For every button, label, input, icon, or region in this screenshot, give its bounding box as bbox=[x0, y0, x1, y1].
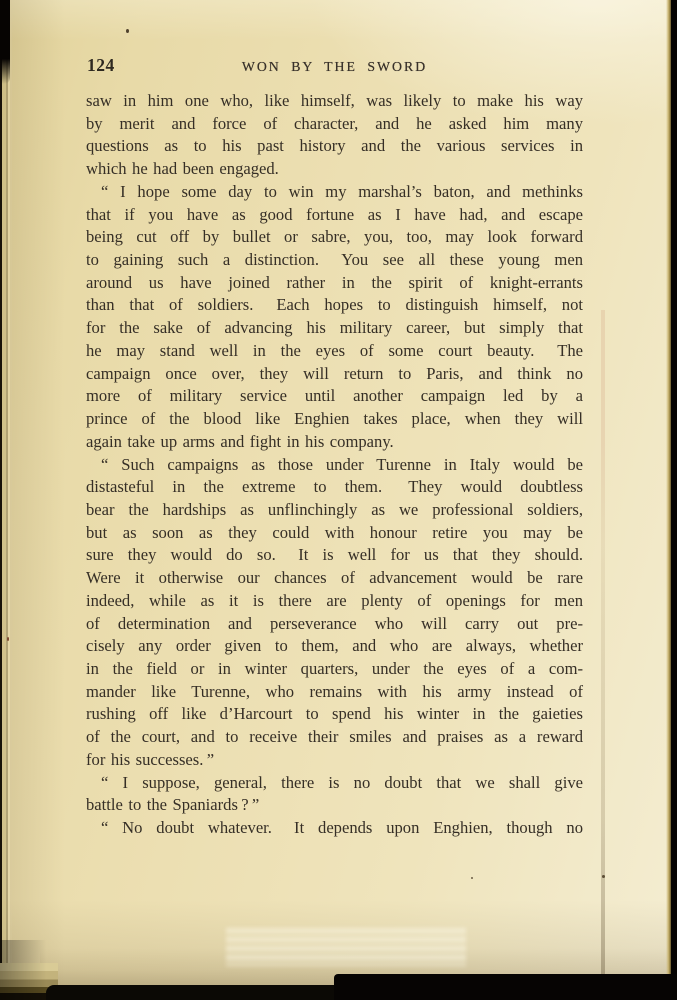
text-line: cisely any order given to them, and who … bbox=[86, 635, 583, 658]
text-line: “ I hope some day to win my marshal’s ba… bbox=[86, 181, 583, 204]
text-line: than that of soldiers. Each hopes to dis… bbox=[86, 294, 583, 317]
text-line: being cut off by bullet or sabre, you, t… bbox=[86, 226, 583, 249]
text-line: for the sake of advancing his military c… bbox=[86, 317, 583, 340]
text-line: prince of the blood like Enghien takes p… bbox=[86, 408, 583, 431]
paper-speck bbox=[471, 877, 473, 879]
text-line: indeed, while as it is there are plenty … bbox=[86, 590, 583, 613]
text-line: saw in him one who, like himself, was li… bbox=[86, 90, 583, 113]
text-line: “ I suppose, general, there is no doubt … bbox=[86, 772, 583, 795]
text-line: to gaining such a distinction. You see a… bbox=[86, 249, 583, 272]
text-line: campaign once over, they will return to … bbox=[86, 363, 583, 386]
book-edge-left bbox=[0, 0, 12, 997]
text-line: but as soon as they could with honour re… bbox=[86, 522, 583, 545]
scan-light-patch bbox=[226, 928, 466, 966]
text-line: again take up arms and fight in his comp… bbox=[86, 431, 583, 454]
text-line: distasteful in the extreme to them. They… bbox=[86, 476, 583, 499]
text-line: that if you have as good fortune as I ha… bbox=[86, 204, 583, 227]
text-line: for his successes. ” bbox=[86, 749, 583, 772]
running-title: WON BY THE SWORD bbox=[86, 59, 583, 75]
gutter-shading bbox=[10, 0, 65, 995]
text-line: “ Such campaigns as those under Turenne … bbox=[86, 454, 583, 477]
scan-shadow-top-left bbox=[0, 0, 10, 84]
text-line: he may stand well in the eyes of some co… bbox=[86, 340, 583, 363]
scan-edge-right bbox=[671, 0, 677, 1000]
text-line: questions as to his past history and the… bbox=[86, 135, 583, 158]
paper-speck bbox=[126, 29, 129, 33]
text-block: saw in him one who, like himself, was li… bbox=[86, 90, 583, 840]
text-line: which he had been engaged. bbox=[86, 158, 583, 181]
paper-speck bbox=[7, 637, 9, 641]
text-line: around us have joined rather in the spir… bbox=[86, 272, 583, 295]
text-line: battle to the Spaniards ? ” bbox=[86, 794, 583, 817]
text-line: more of military service until another c… bbox=[86, 385, 583, 408]
text-line: “ No doubt whatever. It depends upon Eng… bbox=[86, 817, 583, 840]
scan-streak bbox=[601, 310, 605, 986]
text-line: rushing off like d’Harcourt to spend his… bbox=[86, 703, 583, 726]
text-line: of determination and perseverance who wi… bbox=[86, 613, 583, 636]
text-line: bear the hardships as unflinchingly as w… bbox=[86, 499, 583, 522]
text-line: by merit and force of character, and he … bbox=[86, 113, 583, 136]
book-page-scan: 124 WON BY THE SWORD saw in him one who,… bbox=[0, 0, 677, 1000]
book-cover-edge-bottom-right bbox=[334, 974, 677, 1000]
text-line: mander like Turenne, who remains with hi… bbox=[86, 681, 583, 704]
paper-speck bbox=[602, 875, 605, 878]
text-line: in the field or in winter quarters, unde… bbox=[86, 658, 583, 681]
text-line: sure they would do so. It is well for us… bbox=[86, 544, 583, 567]
text-line: of the court, and to receive their smile… bbox=[86, 726, 583, 749]
text-line: Were it otherwise our chances of advance… bbox=[86, 567, 583, 590]
